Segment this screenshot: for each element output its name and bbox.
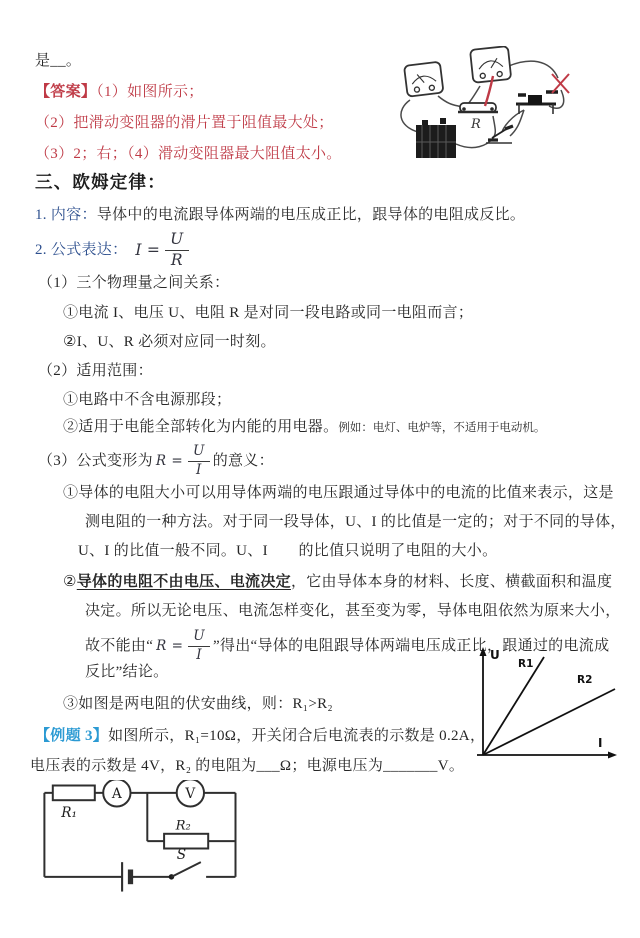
example3-line-2: 电压表的示数是 4V，R₂ 的电阻为___Ω；电源电压为_______V。 [30,755,464,777]
graph-r1-label: R1 [518,658,533,670]
graph-u-axis-arrow [480,647,487,656]
circuit-switch [169,862,201,879]
graph-lines [483,657,615,755]
formula-expression-line: 2. 公式表达： I=UR [35,226,189,274]
sub3-p2-line-2: 决定。所以无论电压、电流怎样变化，甚至变为零，导体电阻依然为原来大小， [85,600,621,622]
ohm-law-content-line: 1. 内容：导体中的电流跟导体两端的电压成正比，跟导体的电阻成反比。 [35,204,525,226]
graph-i-label: I [598,736,602,750]
sub3-p2-line-1: ②导体的电阻不由电压、电流决定，它由导体本身的材料、长度、横截面积和温度 [63,571,612,593]
photo-resistor-label: R [470,117,481,132]
photo-resistor [458,103,498,112]
sub3-title-post: 的意义： [213,450,274,472]
circuit-switch-label: S [177,847,186,863]
question-blank-line: 是__。 [35,50,81,72]
sub1-title: （1）三个物理量之间关系： [38,272,229,294]
formula2-numerator: U [188,444,210,462]
formula-r-equals-u-over-i-quoted: R=UI [156,629,210,663]
iv-curve-graph: U I R1 R2 [474,645,624,763]
answer-line-1: 【答案】（1）如图所示； [35,81,204,103]
formula2-eq: = [171,450,183,472]
circuit-battery [122,862,130,891]
formula1-denominator: R [171,251,183,270]
circuit-resistor-r2 [164,834,208,849]
content-label: 1. 内容： [35,207,97,223]
sub2-item-2-note: 例如：电灯、电炉等，不适用于电动机。 [338,422,545,434]
formula1-numerator: U [165,231,188,251]
graph-r2-label: R2 [577,674,592,686]
answer-line-2: （2）把滑动变阻器的滑片置于阻值最大处； [35,112,334,134]
circuit-r1-label: R₁ [60,805,77,821]
formula1-lhs: I [135,239,141,261]
sub1-item-1: ①电流 I、电压 U、电阻 R 是对同一段电路或同一电阻而言； [63,302,473,324]
example3-text-1: 如图所示，R₁=10Ω，开关闭合后电流表的示数是 0.2A， [108,728,485,744]
sub3-p2-marker: ② [63,574,77,590]
circuit-r2-label: R₂ [175,819,191,834]
photo-ammeter [404,62,444,97]
experiment-photo-svg: R [392,46,627,171]
sub3-p2-rest: ，它由导体本身的材料、长度、横截面积和温度 [291,574,612,590]
formula3-eq: = [172,635,184,657]
circuit-resistor-r1 [53,786,95,801]
formula3-lhs: R [156,635,166,657]
photo-battery [416,118,456,158]
experiment-photo-sketch: R [392,46,627,171]
formula3-denominator: I [196,647,202,664]
sub3-p1-line-2: 测电阻的一种方法。对于同一段导体，U、I 的比值是一定的；对于不同的导体， [85,511,626,533]
document-page: { "colors": { "red": "#bf3a46", "blue": … [0,0,640,938]
formula2-denominator: I [196,462,202,479]
sub3-p3-iv-curve-line: ③如图是两电阻的伏安曲线，则：R₁>R₂ [63,693,333,715]
formula-label: 2. 公式表达： [35,239,127,261]
answer-line-3: （3）2；右；（4）滑动变阻器最大阻值太小。 [35,143,342,165]
sub3-p2-line3-pre: 故不能由“ [85,635,153,657]
sub3-title-line: （3）公式变形为 R=UI 的意义： [38,436,274,486]
iv-graph-svg: U I R1 R2 [474,645,624,763]
formula-i-equals-u-over-r: I=UR [135,231,188,270]
formula2-lhs: R [156,450,166,472]
graph-u-label: U [490,648,500,662]
circuit-diagram: R₁ A V R₂ S [36,780,246,896]
formula-r-equals-u-over-i: R=UI [156,444,210,478]
graph-i-axis-arrow [608,752,617,759]
circuit-svg: R₁ A V R₂ S [36,780,246,896]
sub1-item-2: ②I、U、R 必须对应同一时刻。 [63,331,276,353]
circuit-voltmeter-label: V [184,786,196,802]
content-text: 导体中的电流跟导体两端的电压成正比，跟导体的电阻成反比。 [97,207,525,223]
sub3-title-pre: （3）公式变形为 [38,450,153,472]
sub3-p2-key-statement: 导体的电阻不由电压、电流决定 [77,574,291,590]
sub2-title: （2）适用范围： [38,360,153,382]
photo-voltmeter [470,46,511,83]
answer-label: 【答案】 [35,84,96,100]
sub3-p1-line-1: ①导体的电阻大小可以用导体两端的电压跟通过导体中的电流的比值来表示，这是 [63,482,614,504]
example3-line-1: 【例题 3】如图所示，R₁=10Ω，开关闭合后电流表的示数是 0.2A， [35,725,485,747]
photo-switch [486,126,513,143]
sub2-item-1: ①电路中不含电源那段； [63,389,231,411]
formula3-numerator: U [188,629,210,647]
sub2-item-2-main: ②适用于电能全部转化为内能的用电器。 [63,419,338,435]
sub3-p2-line-4: 反比”结论。 [85,661,168,683]
section-heading: 三、欧姆定律： [35,171,166,193]
photo-error-x-icon [552,74,569,93]
answer-part-1: （1）如图所示； [96,84,203,100]
graph-axes [477,653,610,755]
example3-label: 【例题 3】 [35,728,108,744]
circuit-ammeter-label: A [111,786,122,802]
formula1-eq: = [147,239,160,261]
sub3-p1-line-3: U、I 的比值一般不同。U、I 的比值只说明了电阻的大小。 [78,540,497,562]
